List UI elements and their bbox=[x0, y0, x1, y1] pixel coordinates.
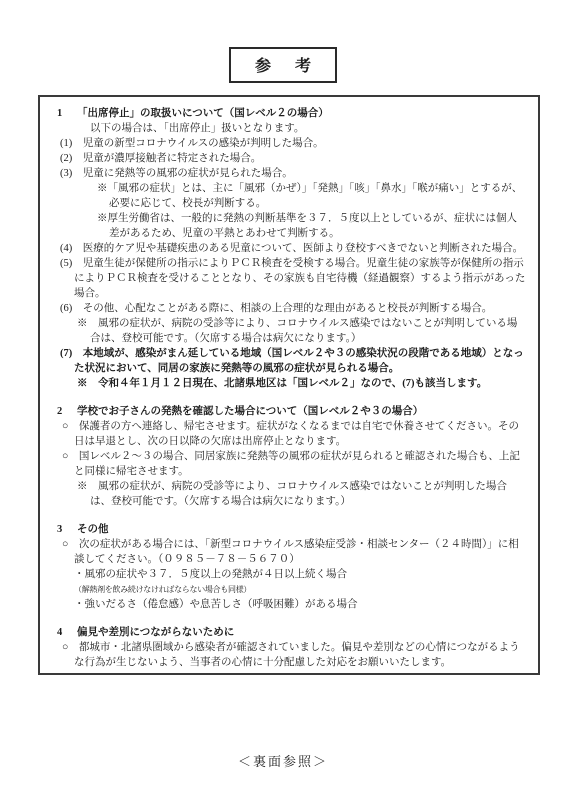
footer-note: ＜裏面参照＞ bbox=[0, 751, 566, 770]
page-title: 参 考 bbox=[255, 58, 315, 75]
section-2-item-1: ○ 保護者の方へ連絡し、帰宅させます。症状がなくなるまでは自宅で休養させてくださ… bbox=[52, 419, 526, 449]
section-1-item-2: (2) 児童が濃厚接触者に特定された場合。 bbox=[52, 151, 526, 166]
section-3-hotline: ○ 次の症状がある場合には、「新型コロナウイルス感染症受診・相談センター（２４時… bbox=[52, 537, 526, 567]
section-4-item-1: ○ 都城市・北諸県圏域から感染者が確認されていました。偏見や差別などの心情につな… bbox=[52, 640, 526, 670]
section-1-note-mhlw: ※厚生労働省は、一般的に発熱の判断基準を３７．５度以上としているが、症状には個人… bbox=[52, 211, 526, 241]
section-3-number: 3 bbox=[57, 522, 77, 537]
section-1-intro: 以下の場合は、「出席停止」扱いとなります。 bbox=[52, 121, 526, 136]
section-2-item-2: ○ 国レベル２～３の場合、同居家族に発熱等の風邪の症状が見られると確認された場合… bbox=[52, 449, 526, 479]
title-box: 参 考 bbox=[229, 47, 337, 83]
section-1-note-level2: ※ 令和４年１月１２日現在、北諸県地区は「国レベル２」なので、(7)も該当します… bbox=[52, 376, 526, 391]
section-1-title: 「出席停止」の取扱いについて（国レベル２の場合） bbox=[77, 108, 329, 119]
section-1-heading: 1「出席停止」の取扱いについて（国レベル２の場合） bbox=[52, 106, 526, 121]
section-1-item-4: (4) 医療的ケア児や基礎疾患のある児童について、医師より登校すべきでないと判断… bbox=[52, 241, 526, 256]
section-1-note-symptoms: ※「風邪の症状」とは、主に「風邪（かぜ）」「発熱」「咳」「鼻水」「喉が痛い」とす… bbox=[52, 181, 526, 211]
symptom-1-small-note: （解熱剤を飲み続けなければならない場合も同様） bbox=[74, 585, 251, 594]
content-box: 1「出席停止」の取扱いについて（国レベル２の場合） 以下の場合は、「出席停止」扱… bbox=[38, 95, 540, 675]
section-3-heading: 3その他 bbox=[52, 522, 526, 537]
section-2-note: ※ 風邪の症状が、病院の受診等により、コロナウイルス感染ではないことが判明した場… bbox=[52, 479, 526, 509]
section-4-heading: 4偏見や差別につながらないために bbox=[52, 625, 526, 640]
section-1-item-7: (7) 本地域が、感染がまん延している地域（国レベル２や３の感染状況の段階である… bbox=[52, 346, 526, 376]
section-1-item-1: (1) 児童の新型コロナウイルスの感染が判明した場合。 bbox=[52, 136, 526, 151]
section-2-number: 2 bbox=[57, 404, 77, 419]
section-3-title: その他 bbox=[77, 524, 109, 535]
symptom-1-text: ・風邪の症状や３７．５度以上の発熱が４日以上続く場合 bbox=[74, 569, 347, 580]
section-2-title: 学校でお子さんの発熱を確認した場合について（国レベル２や３の場合） bbox=[77, 406, 423, 417]
section-1-item-3: (3) 児童に発熱等の風邪の症状が見られた場合。 bbox=[52, 166, 526, 181]
section-1-number: 1 bbox=[57, 106, 77, 121]
section-fever-at-school: 2学校でお子さんの発熱を確認した場合について（国レベル２や３の場合） ○ 保護者… bbox=[52, 404, 526, 509]
section-attendance-suspension: 1「出席停止」の取扱いについて（国レベル２の場合） 以下の場合は、「出席停止」扱… bbox=[52, 106, 526, 391]
section-2-heading: 2学校でお子さんの発熱を確認した場合について（国レベル２や３の場合） bbox=[52, 404, 526, 419]
section-other: 3その他 ○ 次の症状がある場合には、「新型コロナウイルス感染症受診・相談センタ… bbox=[52, 522, 526, 612]
section-4-title: 偏見や差別につながらないために bbox=[77, 627, 234, 638]
section-4-number: 4 bbox=[57, 625, 77, 640]
document-page: 参 考 1「出席停止」の取扱いについて（国レベル２の場合） 以下の場合は、「出席… bbox=[0, 0, 566, 800]
section-anti-discrimination: 4偏見や差別につながらないために ○ 都城市・北諸県圏域から感染者が確認されてい… bbox=[52, 625, 526, 670]
section-3-symptom-1: ・風邪の症状や３７．５度以上の発熱が４日以上続く場合 （解熱剤を飲み続けなければ… bbox=[52, 567, 526, 597]
section-1-note-attendance: ※ 風邪の症状が、病院の受診等により、コロナウイルス感染ではないことが判明してい… bbox=[52, 316, 526, 346]
section-1-item-5: (5) 児童生徒が保健所の指示によりＰＣＲ検査を受検する場合。児童生徒の家族等が… bbox=[52, 256, 526, 301]
section-3-symptom-2: ・強いだるさ（倦怠感）や息苦しさ（呼吸困難）がある場合 bbox=[52, 597, 526, 612]
section-1-item-6: (6) その他、心配なことがある際に、相談の上合理的な理由があると校長が判断する… bbox=[52, 301, 526, 316]
